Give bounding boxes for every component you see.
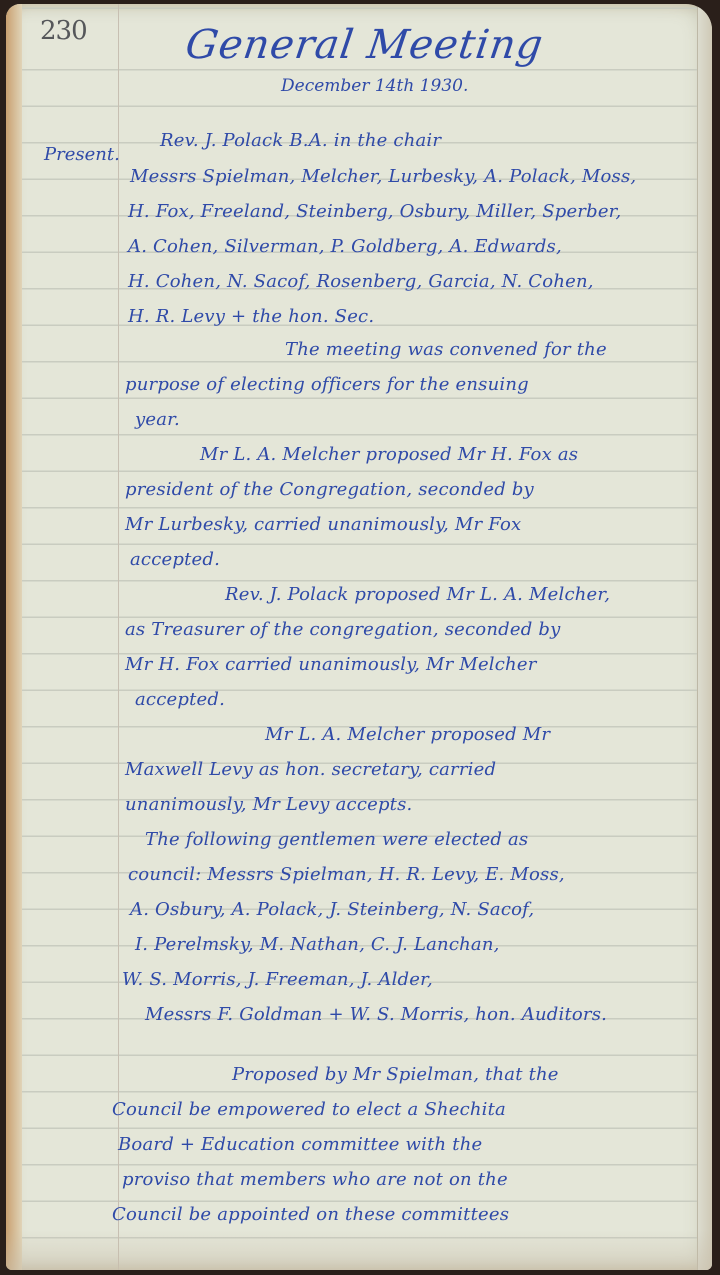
handwritten-line: W. S. Morris, J. Freeman, J. Alder, xyxy=(122,969,433,990)
handwritten-line: Messrs Spielman, Melcher, Lurbesky, A. P… xyxy=(130,166,636,187)
handwritten-line: Rev. J. Polack B.A. in the chair xyxy=(160,130,441,151)
handwritten-line: H. Cohen, N. Sacof, Rosenberg, Garcia, N… xyxy=(128,271,594,292)
page-binding-edge xyxy=(6,4,22,1270)
handwritten-line: A. Osbury, A. Polack, J. Steinberg, N. S… xyxy=(130,899,534,920)
handwritten-line: year. xyxy=(135,409,180,430)
handwritten-line: The following gentlemen were elected as xyxy=(145,829,528,850)
handwritten-line: accepted. xyxy=(130,549,220,570)
handwritten-line: H. Fox, Freeland, Steinberg, Osbury, Mil… xyxy=(128,201,621,222)
present-label: Present. xyxy=(44,144,120,165)
handwritten-line: council: Messrs Spielman, H. R. Levy, E.… xyxy=(128,864,565,885)
handwritten-line: Council be empowered to elect a Shechita xyxy=(112,1099,506,1120)
ledger-page: 230 General Meeting December 14th 1930. … xyxy=(6,4,712,1270)
handwritten-line: Council be appointed on these committees xyxy=(112,1204,509,1225)
handwritten-line: The meeting was convened for the xyxy=(285,339,607,360)
handwritten-line: proviso that members who are not on the xyxy=(122,1169,508,1190)
handwritten-line: Maxwell Levy as hon. secretary, carried xyxy=(125,759,496,780)
handwritten-line: A. Cohen, Silverman, P. Goldberg, A. Edw… xyxy=(128,236,562,257)
page-shadow xyxy=(6,1230,712,1270)
handwritten-line: I. Perelmsky, M. Nathan, C. J. Lanchan, xyxy=(135,934,500,955)
page-number: 230 xyxy=(40,16,87,46)
meeting-date: December 14th 1930. xyxy=(281,76,468,96)
handwritten-line: as Treasurer of the congregation, second… xyxy=(125,619,560,640)
handwritten-line: Mr Lurbesky, carried unanimously, Mr Fox xyxy=(125,514,521,535)
handwritten-line: Mr L. A. Melcher proposed Mr xyxy=(265,724,550,745)
margin-rule xyxy=(118,4,119,1270)
handwritten-line: president of the Congregation, seconded … xyxy=(125,479,534,500)
page-title: General Meeting xyxy=(183,22,547,68)
handwritten-line: Proposed by Mr Spielman, that the xyxy=(232,1064,559,1085)
handwritten-line: Rev. J. Polack proposed Mr L. A. Melcher… xyxy=(225,584,610,605)
page-right-edge xyxy=(697,4,712,1270)
handwritten-line: Mr H. Fox carried unanimously, Mr Melche… xyxy=(125,654,537,675)
handwritten-line: H. R. Levy + the hon. Sec. xyxy=(128,306,374,327)
handwritten-line: purpose of electing officers for the ens… xyxy=(125,374,529,395)
handwritten-line: Mr L. A. Melcher proposed Mr H. Fox as xyxy=(200,444,578,465)
handwritten-line: Board + Education committee with the xyxy=(118,1134,482,1155)
handwritten-line: unanimously, Mr Levy accepts. xyxy=(125,794,412,815)
handwritten-line: Messrs F. Goldman + W. S. Morris, hon. A… xyxy=(145,1004,607,1025)
handwritten-line: accepted. xyxy=(135,689,225,710)
